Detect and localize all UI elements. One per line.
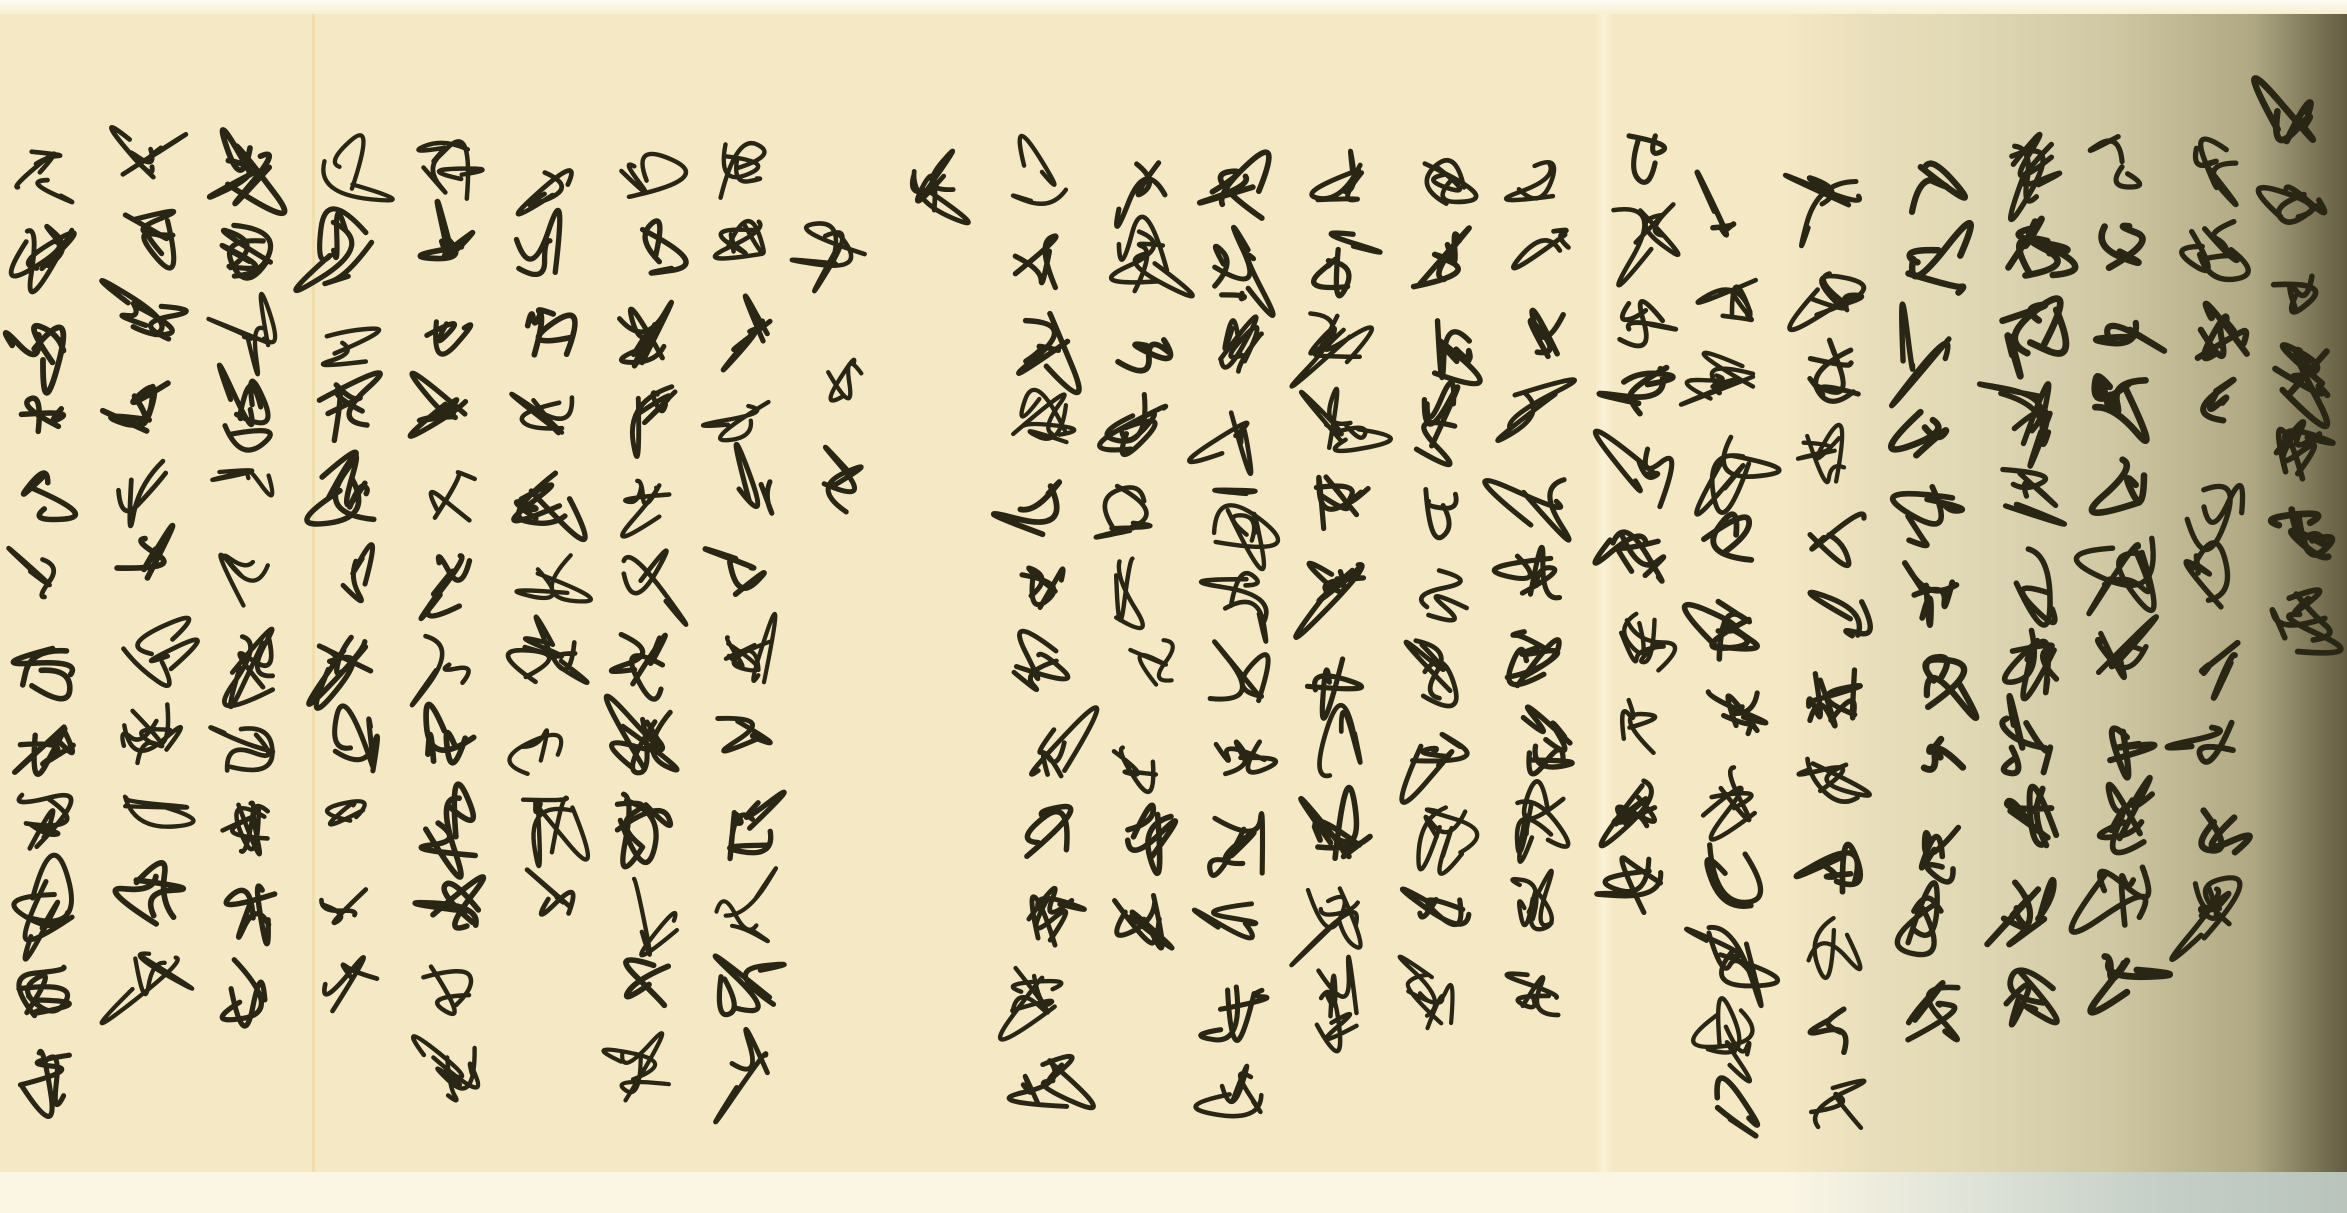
ink-stroke-icon [804, 330, 882, 408]
calligraphy-character [307, 376, 385, 454]
ink-stroke-icon [1009, 1042, 1087, 1120]
ink-stroke-icon [1696, 1082, 1774, 1160]
ink-stroke-icon [10, 1032, 88, 1110]
ink-stroke-icon [705, 868, 783, 946]
calligraphy-character [1102, 878, 1180, 956]
ink-stroke-icon [206, 212, 284, 290]
ink-stroke-icon [1990, 376, 2068, 454]
calligraphy-character [1499, 868, 1577, 946]
ink-stroke-icon [704, 130, 782, 208]
calligraphy-character [1505, 212, 1583, 290]
calligraphy-character [1995, 622, 2073, 700]
calligraphy-character [1991, 130, 2069, 208]
ink-stroke-icon [2089, 858, 2167, 936]
calligraphy-character [1297, 140, 1375, 218]
calligraphy-character [1105, 386, 1183, 464]
ink-stroke-icon [11, 868, 89, 946]
calligraphy-character [1692, 754, 1770, 832]
ink-stroke-icon [515, 130, 593, 208]
ink-stroke-icon [207, 786, 285, 864]
calligraphy-character [704, 704, 782, 782]
ink-stroke-icon [1001, 960, 1079, 1038]
calligraphy-character [1104, 304, 1182, 382]
ink-stroke-icon [1601, 602, 1679, 680]
ink-stroke-icon [1199, 888, 1277, 966]
calligraphy-character [1002, 796, 1080, 874]
ink-stroke-icon [1993, 540, 2071, 618]
calligraphy-character [1995, 950, 2073, 1028]
calligraphy-character [1199, 970, 1277, 1048]
calligraphy-character [2180, 622, 2258, 700]
calligraphy-character [311, 130, 389, 208]
ink-stroke-icon [1203, 560, 1281, 638]
calligraphy-character [1993, 540, 2071, 618]
calligraphy-character [1108, 222, 1186, 300]
ink-stroke-icon [1198, 150, 1276, 228]
ink-stroke-icon [613, 458, 691, 536]
calligraphy-character [515, 540, 593, 618]
ink-stroke-icon [1603, 356, 1681, 434]
ink-stroke-icon [315, 294, 393, 372]
ink-stroke-icon [2261, 90, 2339, 168]
ink-stroke-icon [1403, 632, 1481, 710]
calligraphy-character [804, 210, 882, 288]
ink-stroke-icon [606, 786, 684, 864]
ink-stroke-icon [2178, 868, 2256, 946]
calligraphy-character [309, 540, 387, 618]
calligraphy-character [1603, 274, 1681, 352]
calligraphy-character [709, 950, 787, 1028]
calligraphy-character [2263, 418, 2341, 496]
ink-stroke-icon [1692, 754, 1770, 832]
calligraphy-character [1199, 642, 1277, 720]
calligraphy-character [1598, 438, 1676, 516]
ink-stroke-icon [616, 868, 694, 946]
ink-stroke-icon [411, 212, 489, 290]
ink-stroke-icon [2261, 254, 2339, 332]
calligraphy-character [1993, 786, 2071, 864]
calligraphy-character [711, 212, 789, 290]
calligraphy-character [1109, 796, 1187, 874]
ink-stroke-icon [1797, 990, 1875, 1068]
calligraphy-character [2089, 858, 2167, 936]
ink-stroke-icon [1505, 130, 1583, 208]
ink-stroke-icon [7, 130, 85, 208]
calligraphy-character [1693, 918, 1771, 996]
ink-stroke-icon [1004, 632, 1082, 710]
ink-stroke-icon [1899, 724, 1977, 802]
calligraphy-character [2091, 776, 2169, 854]
calligraphy-character [1001, 960, 1079, 1038]
ink-stroke-icon [704, 704, 782, 782]
calligraphy-character [308, 212, 386, 290]
calligraphy-character [1107, 632, 1185, 710]
ink-stroke-icon [1501, 294, 1579, 372]
calligraphy-character [115, 776, 193, 854]
calligraphy-character [2264, 336, 2342, 414]
calligraphy-character [1700, 426, 1778, 504]
ink-stroke-icon [607, 950, 685, 1028]
calligraphy-character [407, 130, 485, 208]
ink-stroke-icon [515, 540, 593, 618]
calligraphy-character [1102, 468, 1180, 546]
ink-stroke-icon [1798, 1072, 1876, 1150]
ink-stroke-icon [2258, 172, 2336, 250]
calligraphy-character [2, 294, 80, 372]
calligraphy-character [1899, 724, 1977, 802]
ink-stroke-icon [216, 622, 294, 700]
calligraphy-character [9, 704, 87, 782]
calligraphy-character [1403, 550, 1481, 628]
ink-stroke-icon [1505, 212, 1583, 290]
ink-stroke-icon [314, 950, 392, 1028]
calligraphy-character [1202, 232, 1280, 310]
calligraphy-character [411, 212, 489, 290]
calligraphy-character [1005, 222, 1083, 300]
calligraphy-character [613, 458, 691, 536]
ink-stroke-icon [1501, 458, 1579, 536]
ink-stroke-icon [1002, 386, 1080, 464]
ink-stroke-icon [208, 458, 286, 536]
ink-stroke-icon [607, 704, 685, 782]
ink-stroke-icon [107, 530, 185, 608]
calligraphy-character [2183, 294, 2261, 372]
ink-stroke-icon [6, 458, 84, 536]
calligraphy-character [1604, 684, 1682, 762]
calligraphy-character [7, 622, 85, 700]
ink-stroke-icon [1401, 140, 1479, 218]
ink-stroke-icon [710, 376, 788, 454]
calligraphy-character [1198, 150, 1276, 228]
ink-stroke-icon [1009, 140, 1087, 218]
calligraphy-character [1401, 140, 1479, 218]
calligraphy-character [1792, 416, 1870, 494]
ink-stroke-icon [215, 376, 293, 454]
ink-stroke-icon [1398, 386, 1476, 464]
calligraphy-character [308, 868, 386, 946]
ink-stroke-icon [1987, 458, 2065, 536]
ink-stroke-icon [513, 868, 591, 946]
calligraphy-character [1898, 560, 1976, 638]
ink-stroke-icon [1400, 714, 1478, 792]
calligraphy-character [706, 294, 784, 372]
ink-stroke-icon [1603, 848, 1681, 926]
calligraphy-character [1201, 396, 1279, 474]
calligraphy-character [410, 950, 488, 1028]
calligraphy-character [1691, 836, 1769, 914]
calligraphy-character [1603, 356, 1681, 434]
calligraphy-character [610, 622, 688, 700]
ink-stroke-icon [9, 704, 87, 782]
calligraphy-character [1601, 110, 1679, 188]
ink-stroke-icon [1202, 478, 1280, 556]
calligraphy-character [9, 540, 87, 618]
ink-stroke-icon [7, 622, 85, 700]
calligraphy-character [804, 330, 882, 408]
ink-stroke-icon [311, 130, 389, 208]
calligraphy-character [1298, 304, 1376, 382]
ink-stroke-icon [2262, 582, 2340, 660]
ink-stroke-icon [1793, 662, 1871, 740]
calligraphy-character [2261, 90, 2339, 168]
ink-stroke-icon [1403, 468, 1481, 546]
calligraphy-character [1799, 826, 1877, 904]
ink-stroke-icon [1403, 550, 1481, 628]
calligraphy-character [896, 150, 974, 228]
calligraphy-character [1403, 468, 1481, 546]
ink-stroke-icon [410, 950, 488, 1028]
ink-stroke-icon [2183, 294, 2261, 372]
calligraphy-character [1798, 908, 1876, 986]
calligraphy-character [112, 202, 190, 280]
ink-stroke-icon [1005, 222, 1083, 300]
calligraphy-character [111, 858, 189, 936]
calligraphy-character [1895, 888, 1973, 966]
calligraphy-character [710, 376, 788, 454]
ink-stroke-icon [1106, 550, 1184, 628]
ink-stroke-icon [1401, 796, 1479, 874]
calligraphy-character [1992, 212, 2070, 290]
calligraphy-character [508, 704, 586, 782]
ink-stroke-icon [509, 458, 587, 536]
calligraphy-character [113, 694, 191, 772]
ink-stroke-icon [1199, 642, 1277, 720]
ink-stroke-icon [211, 130, 289, 208]
ink-stroke-icon [1105, 386, 1183, 464]
calligraphy-character [1503, 950, 1581, 1028]
ink-stroke-icon [1500, 786, 1578, 864]
ink-stroke-icon [1399, 222, 1477, 300]
ink-stroke-icon [2180, 704, 2258, 782]
calligraphy-character [1797, 990, 1875, 1068]
ink-stroke-icon [211, 950, 289, 1028]
ink-stroke-icon [1800, 580, 1878, 658]
calligraphy-character [107, 448, 185, 526]
ink-stroke-icon [308, 212, 386, 290]
calligraphy-character [414, 704, 492, 782]
calligraphy-character [1893, 314, 1971, 392]
calligraphy-character [711, 622, 789, 700]
calligraphy-character [508, 294, 586, 372]
ink-stroke-icon [1304, 386, 1382, 464]
ink-stroke-icon [407, 130, 485, 208]
calligraphy-character [507, 376, 585, 454]
calligraphy-character [1696, 1082, 1774, 1160]
calligraphy-character [1304, 468, 1382, 546]
ink-stroke-icon [2082, 202, 2160, 280]
calligraphy-character [2081, 366, 2159, 444]
ink-stroke-icon [2081, 366, 2159, 444]
calligraphy-character [704, 130, 782, 208]
ink-stroke-icon [711, 212, 789, 290]
calligraphy-character [1698, 590, 1776, 668]
calligraphy-character [1301, 550, 1379, 628]
ink-stroke-icon [1992, 212, 2070, 290]
ink-stroke-icon [2085, 694, 2163, 772]
calligraphy-character [1303, 796, 1381, 874]
calligraphy-character [1008, 550, 1086, 628]
calligraphy-character [1895, 642, 1973, 720]
ink-stroke-icon [1995, 950, 2073, 1028]
calligraphy-character [213, 704, 291, 782]
ink-stroke-icon [896, 150, 974, 228]
calligraphy-character [2084, 612, 2162, 690]
calligraphy-character [411, 786, 489, 864]
calligraphy-character [1103, 714, 1181, 792]
ink-stroke-icon [1900, 150, 1978, 228]
calligraphy-character [509, 786, 587, 864]
ink-stroke-icon [1102, 468, 1180, 546]
calligraphy-character [1009, 140, 1087, 218]
calligraphy-character [312, 786, 390, 864]
calligraphy-character [1992, 294, 2070, 372]
calligraphy-character [1497, 540, 1575, 618]
calligraphy-character [615, 376, 693, 454]
ink-stroke-icon [1693, 508, 1771, 586]
calligraphy-character [1793, 744, 1871, 822]
calligraphy-character [2177, 458, 2255, 536]
ink-stroke-icon [513, 622, 591, 700]
ink-stroke-icon [1693, 918, 1771, 996]
ink-stroke-icon [1201, 396, 1279, 474]
calligraphy-character [2081, 284, 2159, 362]
ink-stroke-icon [1993, 786, 2071, 864]
ink-stroke-icon [709, 786, 787, 864]
ink-stroke-icon [1, 786, 79, 864]
ink-stroke-icon [2081, 284, 2159, 362]
calligraphy-character [7, 130, 85, 208]
ink-stroke-icon [1199, 970, 1277, 1048]
calligraphy-character [1004, 632, 1082, 710]
calligraphy-character [1004, 468, 1082, 546]
ink-stroke-icon [1004, 468, 1082, 546]
ink-stroke-icon [709, 1032, 787, 1110]
calligraphy-character [110, 120, 188, 198]
ink-stroke-icon [1600, 766, 1678, 844]
ink-stroke-icon [1109, 796, 1187, 874]
ink-stroke-icon [1602, 192, 1680, 270]
ink-stroke-icon [1008, 304, 1086, 382]
ink-stroke-icon [2088, 530, 2166, 608]
calligraphy-character [208, 458, 286, 536]
calligraphy-character [215, 376, 293, 454]
ink-stroke-icon [1993, 868, 2071, 946]
calligraphy-character [1400, 714, 1478, 792]
ink-stroke-icon [1895, 888, 1973, 966]
calligraphy-character [1988, 704, 2066, 782]
calligraphy-character [1397, 960, 1475, 1038]
calligraphy-character [113, 284, 191, 362]
calligraphy-character [1695, 672, 1773, 750]
calligraphy-character [1501, 294, 1579, 372]
ink-stroke-icon [804, 210, 882, 288]
ink-stroke-icon [2181, 376, 2259, 454]
calligraphy-character [1799, 498, 1877, 576]
calligraphy-character [1900, 150, 1978, 228]
ink-stroke-icon [411, 294, 489, 372]
calligraphy-character [2182, 540, 2260, 618]
calligraphy-character [1296, 632, 1374, 710]
calligraphy-character [1009, 878, 1087, 956]
calligraphy-character [607, 294, 685, 372]
ink-stroke-icon [1107, 632, 1185, 710]
calligraphy-character [113, 940, 191, 1018]
ink-stroke-icon [1798, 908, 1876, 986]
ink-stroke-icon [414, 868, 492, 946]
calligraphy-character [1202, 478, 1280, 556]
calligraphy-character [1108, 140, 1186, 218]
ink-stroke-icon [1301, 550, 1379, 628]
ink-stroke-icon [2087, 940, 2165, 1018]
calligraphy-character [1603, 848, 1681, 926]
calligraphy-character [312, 704, 390, 782]
calligraphy-character [1298, 878, 1376, 956]
ink-stroke-icon [1499, 376, 1577, 454]
calligraphy-character [410, 458, 488, 536]
calligraphy-character [2181, 376, 2259, 454]
ink-stroke-icon [2086, 448, 2164, 526]
ink-stroke-icon [805, 450, 883, 528]
calligraphy-character [2262, 582, 2340, 660]
ink-stroke-icon [112, 202, 190, 280]
calligraphy-character [1602, 192, 1680, 270]
ink-stroke-icon [1793, 744, 1871, 822]
ink-stroke-icon [2263, 418, 2341, 496]
calligraphy-character [1897, 970, 1975, 1048]
ink-stroke-icon [1104, 304, 1182, 382]
calligraphy-character [310, 458, 388, 536]
calligraphy-character [1299, 960, 1377, 1038]
ink-stroke-icon [1202, 232, 1280, 310]
calligraphy-character [408, 622, 486, 700]
ink-stroke-icon [1497, 622, 1575, 700]
ink-stroke-icon [711, 622, 789, 700]
calligraphy-character [709, 786, 787, 864]
ink-stroke-icon [1406, 304, 1484, 382]
ink-stroke-icon [1505, 704, 1583, 782]
calligraphy-character [1009, 1042, 1087, 1120]
ink-stroke-icon [312, 704, 390, 782]
calligraphy-character [608, 1032, 686, 1110]
calligraphy-character [1202, 314, 1280, 392]
ink-stroke-icon [2181, 786, 2259, 864]
calligraphy-character [209, 294, 287, 372]
ink-stroke-icon [1792, 416, 1870, 494]
calligraphy-character [1406, 304, 1484, 382]
ink-stroke-icon [1397, 960, 1475, 1038]
ink-stroke-icon [1298, 304, 1376, 382]
calligraphy-character [211, 130, 289, 208]
ink-stroke-icon [1691, 344, 1769, 422]
ink-stroke-icon [1601, 110, 1679, 188]
ink-stroke-icon [2, 950, 80, 1028]
ink-stroke-icon [1002, 796, 1080, 874]
ink-stroke-icon [1603, 274, 1681, 352]
ink-stroke-icon [310, 458, 388, 536]
ink-stroke-icon [111, 858, 189, 936]
calligraphy-character [1793, 662, 1871, 740]
ink-stroke-icon [1008, 550, 1086, 628]
calligraphy-character [6, 458, 84, 536]
calligraphy-character [1898, 478, 1976, 556]
calligraphy-character [412, 1032, 490, 1110]
ink-stroke-icon [615, 376, 693, 454]
ink-stroke-icon [509, 786, 587, 864]
ink-stroke-icon [1995, 622, 2073, 700]
ink-stroke-icon [607, 294, 685, 372]
calligraphy-character [1990, 376, 2068, 454]
calligraphy-character [1798, 334, 1876, 412]
